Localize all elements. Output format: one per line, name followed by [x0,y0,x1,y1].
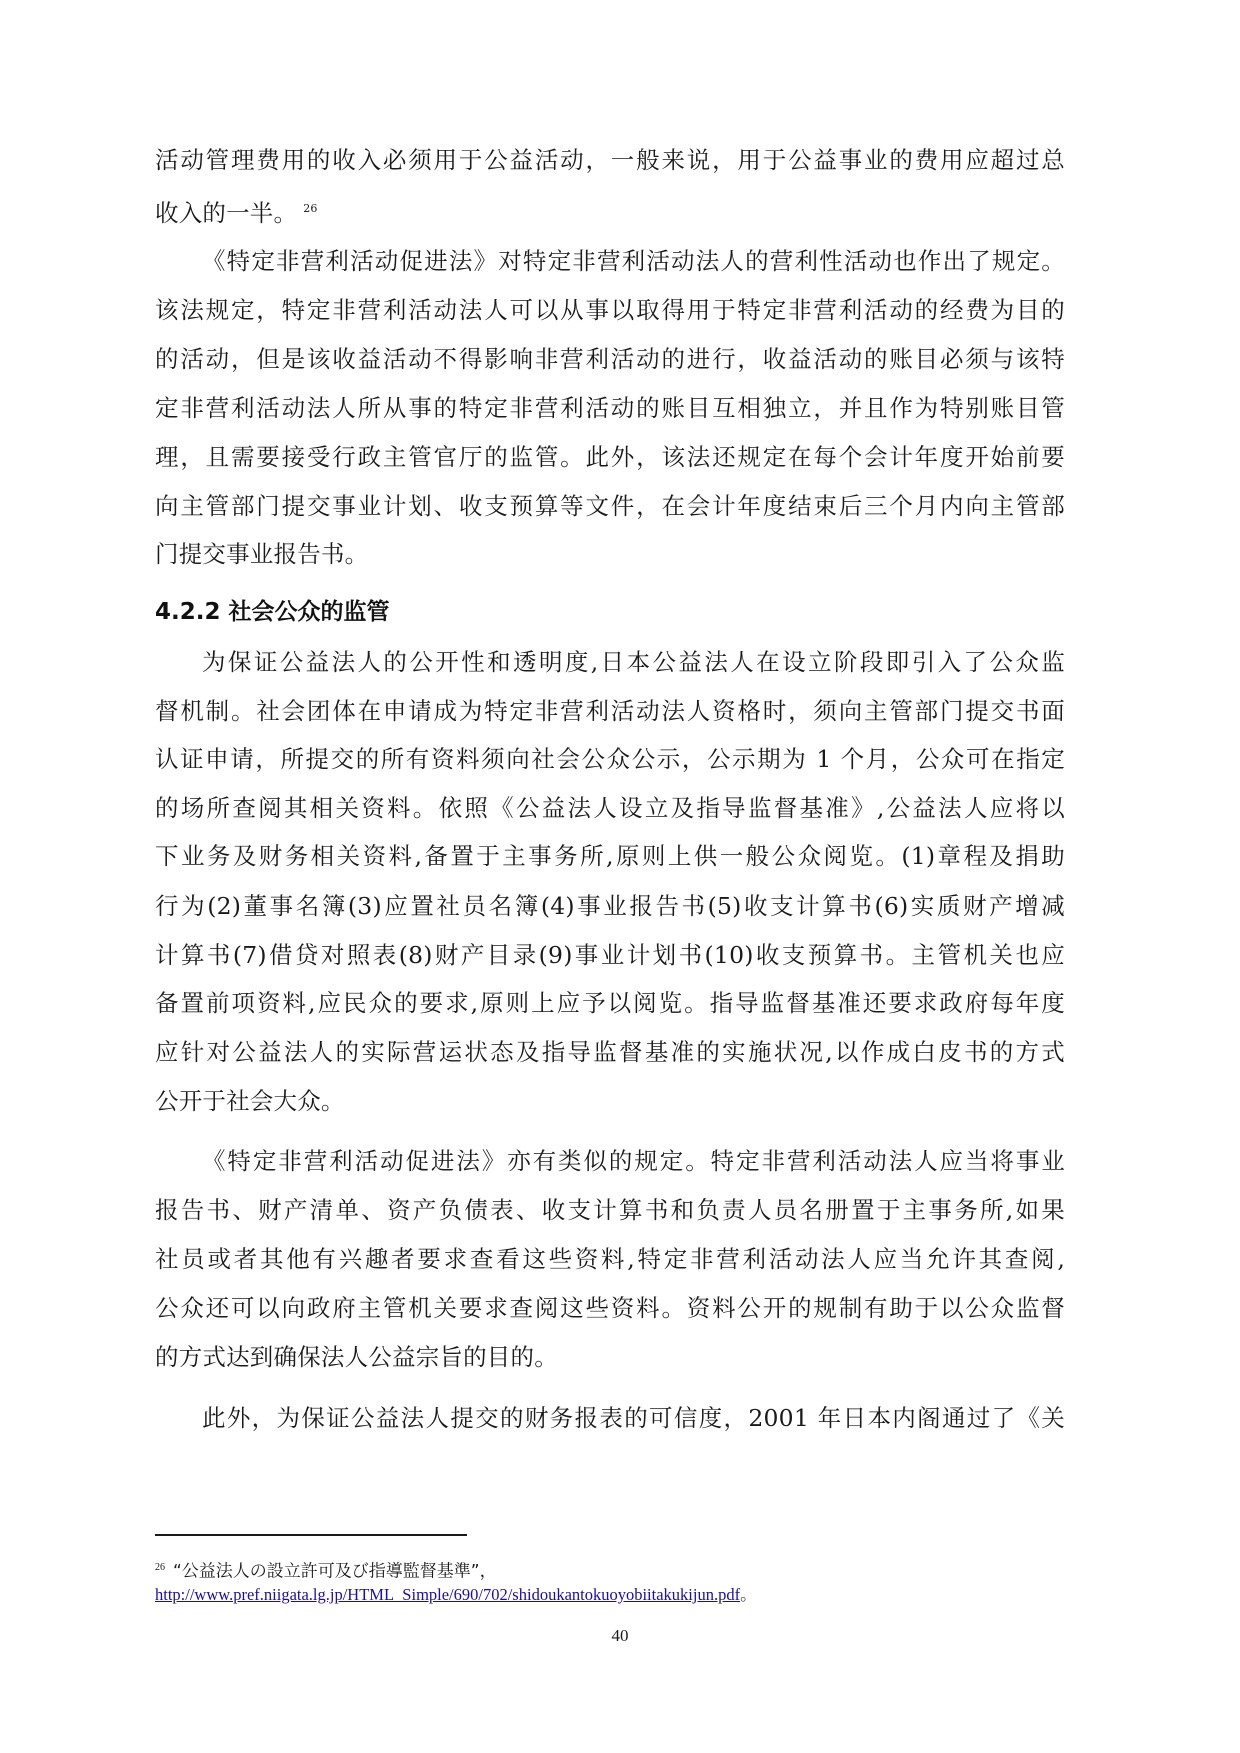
paragraph-line: 该法规定，特定非营利活动法人可以从事以取得用于特定非营利活动的经费为目的 [155,295,1065,325]
paragraph-line: 报告书、财产清单、资产负债表、收支计算书和负责人员名册置于主事务所,如果 [155,1195,1065,1225]
paragraph-line: 应针对公益法人的实际营运状态及指导监督基准的实施状况,以作成白皮书的方式 [155,1037,1065,1067]
paragraph-line: 此外，为保证公益法人提交的财务报表的可信度，2001 年日本内阁通过了《关 [202,1403,1065,1433]
paragraph-line: 理，且需要接受行政主管官厅的监管。此外，该法还规定在每个会计年度开始前要 [155,442,1065,472]
paragraph-line: 定非营利活动法人所从事的特定非营利活动的账目互相独立，并且作为特别账目管 [155,393,1065,423]
page-number: 40 [0,1626,1240,1646]
paragraph-line: 的方式达到确保法人公益宗旨的目的。 [155,1342,1065,1372]
paragraph-line: 督机制。社会团体在申请成为特定非营利活动法人资格时，须向主管部门提交书面 [155,696,1065,726]
footnote-reference[interactable]: 26 [303,202,317,215]
paragraph-line: 备置前项资料,应民众的要求,原则上应予以阅览。指导监督基准还要求政府每年度 [155,988,1065,1018]
footnote-link-line: http://www.pref.niigata.lg.jp/HTML_Simpl… [155,1584,757,1606]
paragraph-line: 《特定非营利活动促进法》亦有类似的规定。特定非营利活动法人应当将事业 [202,1146,1065,1176]
paragraph-line: 活动管理费用的收入必须用于公益活动，一般来说，用于公益事业的费用应超过总 [155,145,1065,175]
paragraph-text: 收入的一半。 [155,199,297,227]
paragraph-line: 计算书(7)借贷对照表(8)财产目录(9)事业计划书(10)收支预算书。主管机关… [155,940,1065,970]
paragraph-line: 公开于社会大众。 [155,1086,1065,1116]
paragraph-line: 向主管部门提交事业计划、收支预算等文件，在会计年度结束后三个月内向主管部 [155,491,1065,521]
section-heading: 4.2.2 社会公众的监管 [155,597,390,627]
paragraph-line: 公众还可以向政府主管机关要求查阅这些资料。资料公开的规制有助于以公众监督 [155,1293,1065,1323]
footnote-title: “公益法人の設立許可及び指導監督基準”， [173,1562,497,1582]
paragraph-line: 下业务及财务相关资料,备置于主事务所,原则上供一般公众阅览。(1)章程及捐助 [155,841,1065,871]
footnote: 26“公益法人の設立許可及び指導監督基準”， [155,1556,497,1584]
paragraph-line: 的活动，但是该收益活动不得影响非营利活动的进行，收益活动的账目必须与该特 [155,344,1065,374]
paragraph-line: 《特定非营利活动促进法》对特定非营利活动法人的营利性活动也作出了规定。 [202,246,1065,276]
paragraph-line: 行为(2)董事名簿(3)应置社员名簿(4)事业报告书(5)收支计算书(6)实质财… [155,891,1065,921]
paragraph-line: 收入的一半。26 [155,194,1065,228]
footnote-url-link[interactable]: http://www.pref.niigata.lg.jp/HTML_Simpl… [155,1585,740,1604]
footnote-url-suffix: 。 [740,1585,757,1604]
paragraph-line: 的场所查阅其相关资料。依照《公益法人设立及指导监督基准》,公益法人应将以 [155,793,1065,823]
paragraph-line: 门提交事业报告书。 [155,539,1065,569]
document-page: 活动管理费用的收入必须用于公益活动，一般来说，用于公益事业的费用应超过总 收入的… [0,0,1240,1753]
paragraph-line: 为保证公益法人的公开性和透明度,日本公益法人在设立阶段即引入了公众监 [202,647,1065,677]
paragraph-line: 社员或者其他有兴趣者要求查看这些资料,特定非营利活动法人应当允许其查阅, [155,1244,1065,1274]
paragraph-line: 认证申请，所提交的所有资料须向社会公众公示，公示期为 1 个月，公众可在指定 [155,744,1065,774]
footnote-number: 26 [155,1562,165,1573]
footnote-separator [155,1534,467,1536]
